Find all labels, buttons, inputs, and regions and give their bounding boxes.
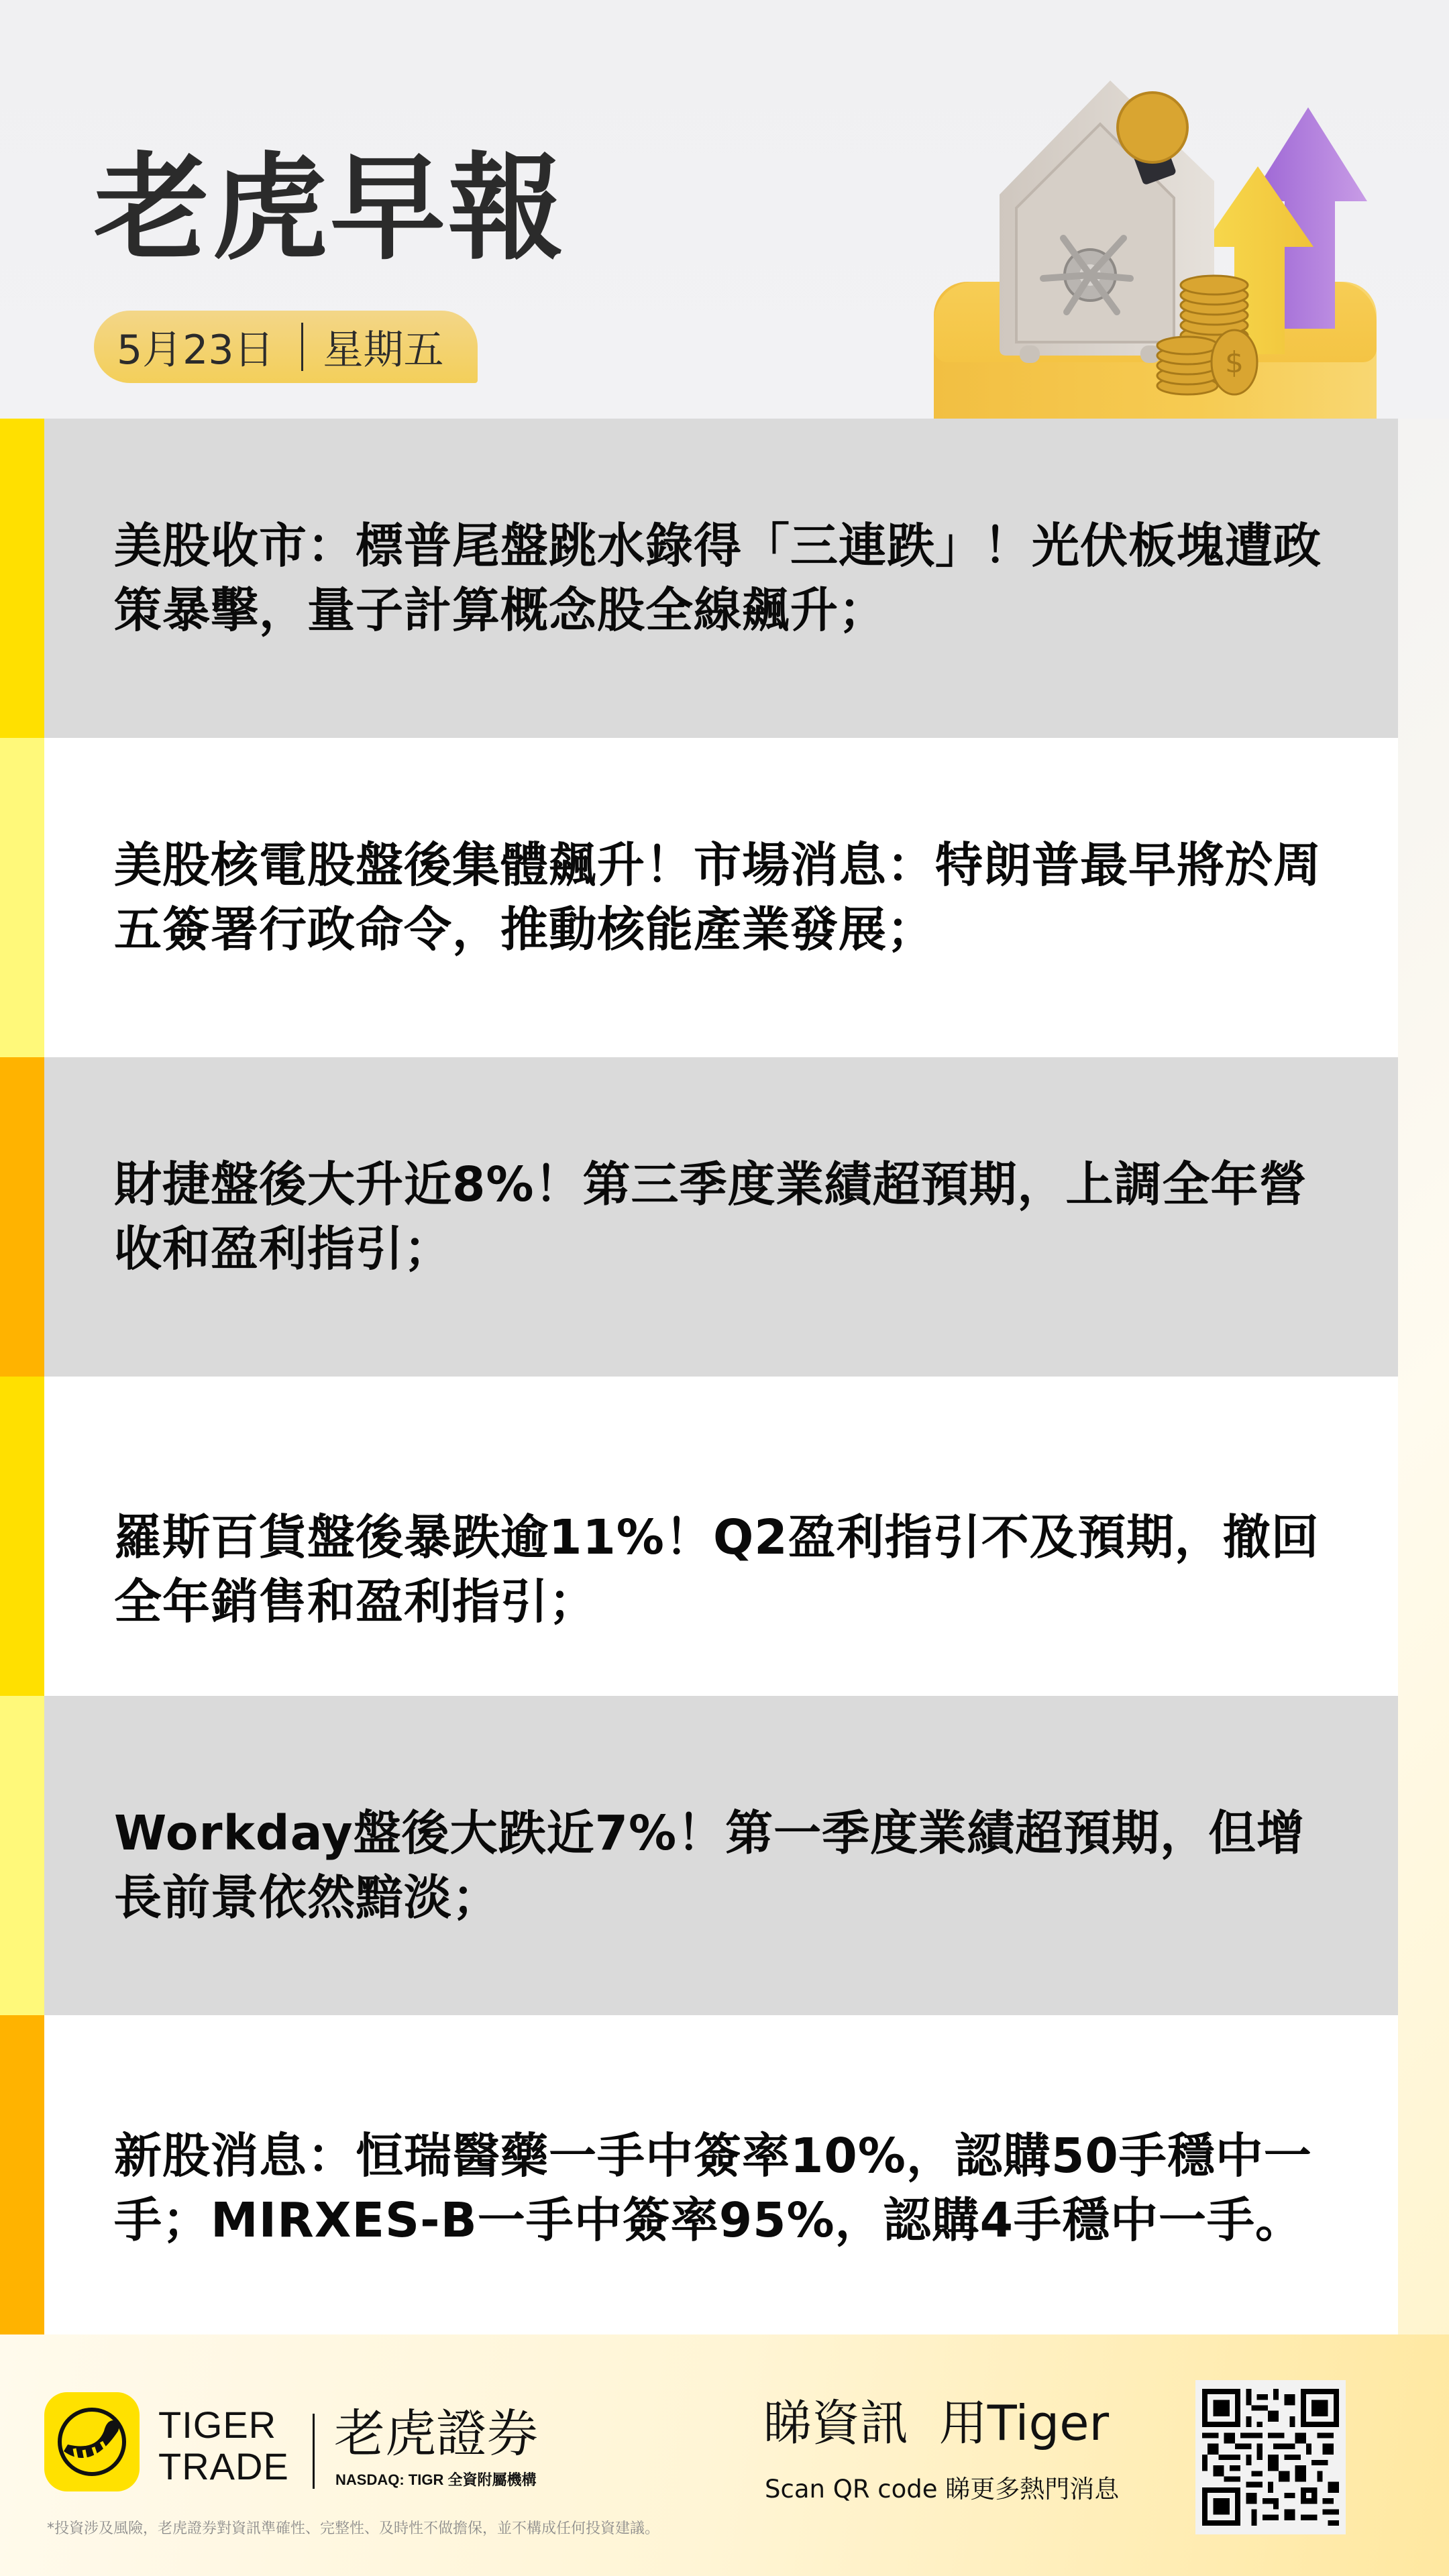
news-item-body: 財捷盤後大升近8%！第三季度業績超預期，上調全年營收和盈利指引；	[44, 1057, 1398, 1377]
news-item-text: 美股核電股盤後集體飆升！市場消息：特朗普最早將於周五簽署行政命令，推動核能產業發…	[114, 833, 1338, 962]
news-item-text: 羅斯百貨盤後暴跌逾11%！Q2盈利指引不及預期，撤回全年銷售和盈利指引；	[114, 1505, 1338, 1634]
news-item-text: Workday盤後大跌近7%！第一季度業績超預期，但增長前景依然黯淡；	[114, 1801, 1338, 1930]
news-item[interactable]: 財捷盤後大升近8%！第三季度業績超預期，上調全年營收和盈利指引；	[0, 1057, 1398, 1377]
news-item-body: 美股收市：標普尾盤跳水錄得「三連跌」！光伏板塊遭政策暴擊，量子計算概念股全線飆升…	[44, 419, 1398, 738]
svg-text:$: $	[1225, 345, 1244, 380]
news-item-accent-bar	[0, 419, 44, 738]
footer: TIGER TRADE 老虎證券 NASDAQ: TIGR 全資附屬機構 睇資訊…	[0, 2334, 1449, 2576]
news-item-accent-bar	[0, 2015, 44, 2334]
news-list: 美股收市：標普尾盤跳水錄得「三連跌」！光伏板塊遭政策暴擊，量子計算概念股全線飆升…	[0, 419, 1398, 2334]
logo-line-1: TIGER	[158, 2404, 289, 2446]
news-item-body: 新股消息：恒瑞醫藥一手中簽率10%，認購50手穩中一手；MIRXES-B一手中簽…	[44, 2015, 1398, 2334]
news-item-text: 財捷盤後大升近8%！第三季度業績超預期，上調全年營收和盈利指引；	[114, 1152, 1338, 1281]
news-item-accent-bar	[0, 1377, 44, 1696]
news-item-accent-bar	[0, 1696, 44, 2015]
brand-name-chinese: 老虎證券	[334, 2408, 538, 2459]
news-item-accent-bar	[0, 1057, 44, 1377]
page-title: 老虎早報	[94, 151, 566, 266]
logo-divider	[313, 2414, 315, 2489]
news-item-accent-bar	[0, 738, 44, 1057]
date-badge: 5月23日 星期五	[94, 311, 478, 383]
news-item[interactable]: 美股收市：標普尾盤跳水錄得「三連跌」！光伏板塊遭政策暴擊，量子計算概念股全線飆升…	[0, 419, 1398, 738]
safe-coins-arrows-illustration: $	[919, 40, 1402, 419]
tiger-tail-icon	[54, 2404, 129, 2479]
news-item-body: 美股核電股盤後集體飆升！市場消息：特朗普最早將於周五簽署行政命令，推動核能產業發…	[44, 738, 1398, 1057]
news-item-text: 新股消息：恒瑞醫藥一手中簽率10%，認購50手穩中一手；MIRXES-B一手中簽…	[114, 2124, 1338, 2253]
weekday-text: 星期五	[323, 318, 444, 376]
news-item[interactable]: 羅斯百貨盤後暴跌逾11%！Q2盈利指引不及預期，撤回全年銷售和盈利指引；	[0, 1377, 1398, 1696]
disclaimer: *投資涉及風險，老虎證券對資訊準確性、完整性、及時性不做擔保，並不構成任何投資建…	[47, 2517, 659, 2538]
news-item[interactable]: 新股消息：恒瑞醫藥一手中簽率10%，認購50手穩中一手；MIRXES-B一手中簽…	[0, 2015, 1398, 2334]
date-separator	[301, 323, 303, 371]
tagline: 睇資訊 用Tiger	[763, 2399, 1109, 2447]
tiger-trade-wordmark: TIGER TRADE	[158, 2404, 289, 2487]
news-item-body: Workday盤後大跌近7%！第一季度業績超預期，但增長前景依然黯淡；	[44, 1696, 1398, 2015]
logo-line-2: TRADE	[158, 2446, 289, 2487]
news-item[interactable]: 美股核電股盤後集體飆升！市場消息：特朗普最早將於周五簽署行政命令，推動核能產業發…	[0, 738, 1398, 1057]
date-text: 5月23日	[117, 318, 274, 376]
tagline-sub: Scan QR code 睇更多熱門消息	[765, 2477, 1119, 2502]
header: 老虎早報 5月23日 星期五	[0, 0, 1449, 419]
qr-code-graphic	[1202, 2387, 1339, 2528]
qr-code-icon[interactable]	[1195, 2380, 1346, 2534]
news-item-body: 羅斯百貨盤後暴跌逾11%！Q2盈利指引不及預期，撤回全年銷售和盈利指引；	[44, 1377, 1398, 1696]
coin-stack-icon: $	[1150, 262, 1271, 396]
news-item[interactable]: Workday盤後大跌近7%！第一季度業績超預期，但增長前景依然黯淡；	[0, 1696, 1398, 2015]
tiger-trade-app-icon	[44, 2392, 140, 2491]
brand-subtitle: NASDAQ: TIGR 全資附屬機構	[335, 2469, 536, 2489]
news-item-text: 美股收市：標普尾盤跳水錄得「三連跌」！光伏板塊遭政策暴擊，量子計算概念股全線飆升…	[114, 514, 1338, 643]
